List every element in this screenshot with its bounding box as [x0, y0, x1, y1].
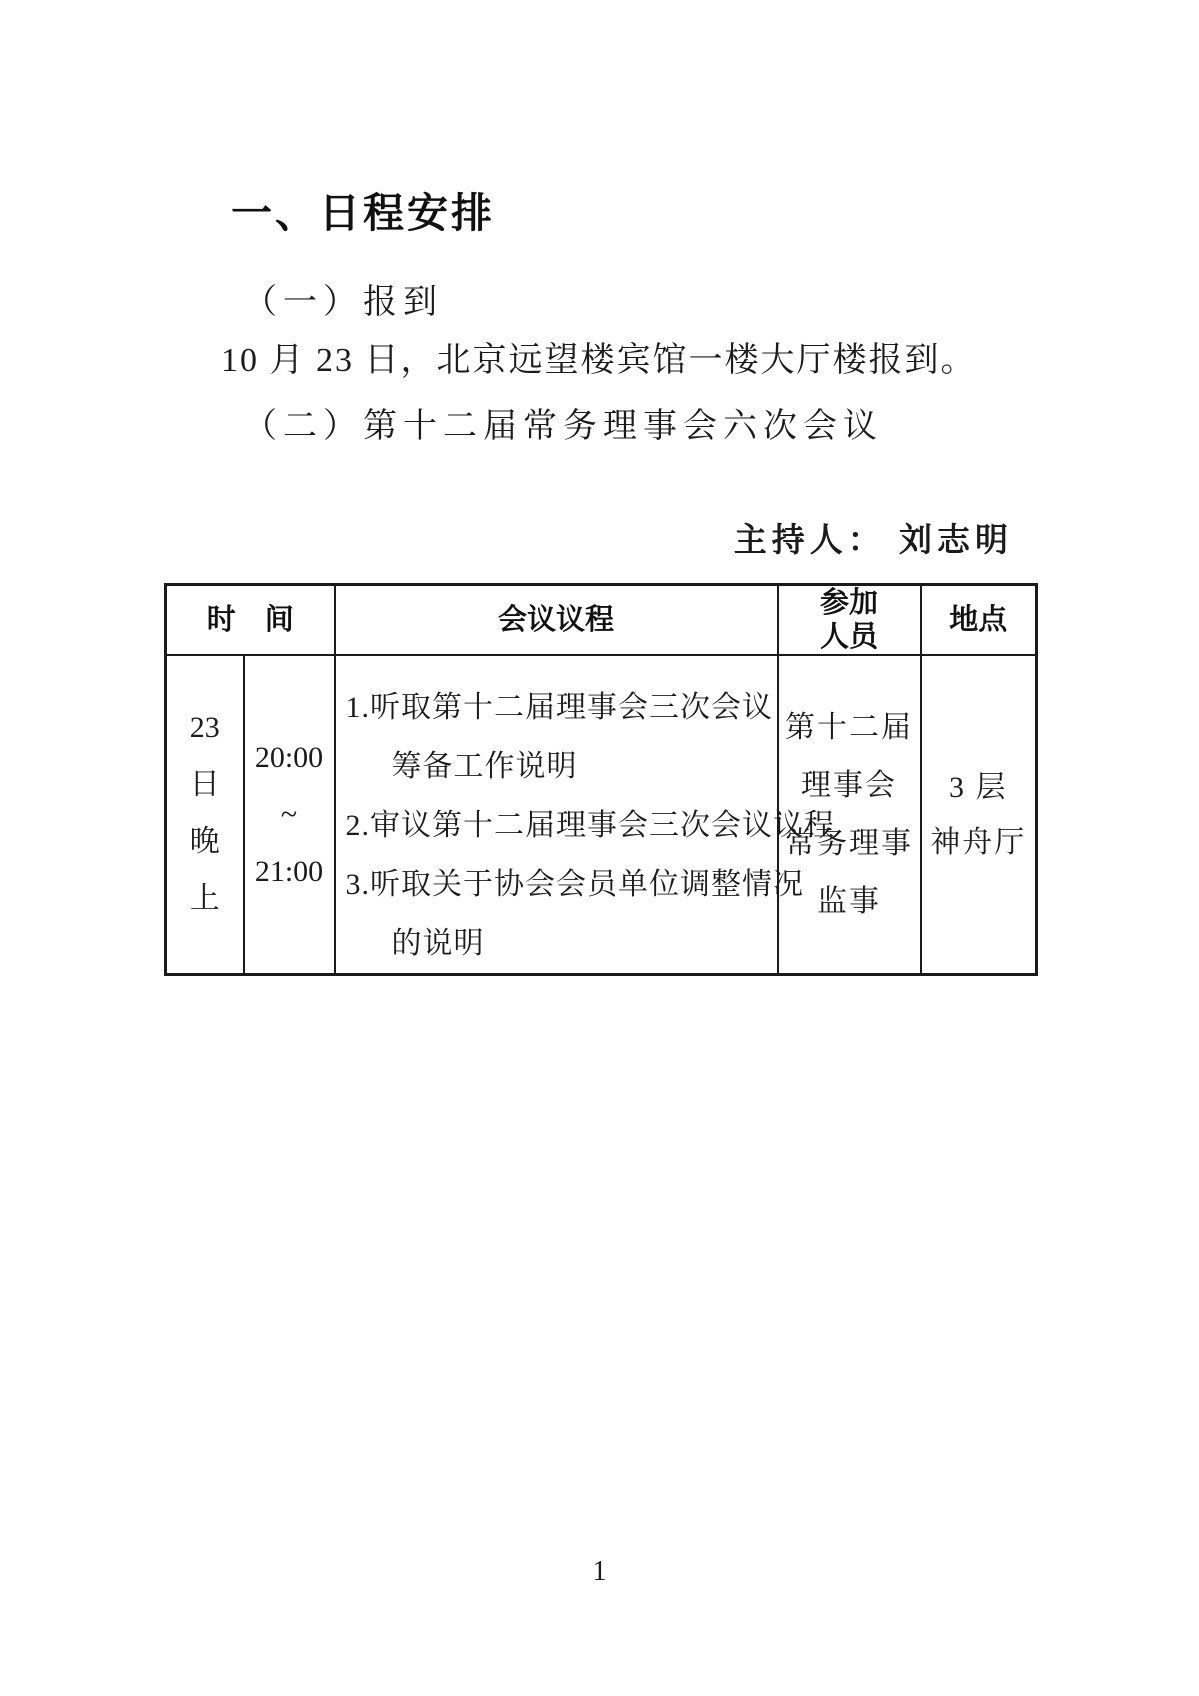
day-line: 上: [190, 870, 220, 927]
hour-line: 21:00: [255, 843, 323, 900]
schedule-table: 时 间 会议议程 参加 人员 地点 23 日 晚 上 20:00 ~: [164, 583, 1038, 976]
header-participants-line2: 人员: [779, 620, 920, 654]
cell-participants: 第十二届 理事会 常务理事 监事: [778, 655, 921, 975]
hour-line: ~: [281, 786, 297, 843]
day-line: 23: [190, 699, 220, 756]
section-2-heading: （二）第十二届常务理事会六次会议: [243, 398, 883, 447]
day-text: 23 日 晚 上: [167, 699, 243, 927]
header-cell-time: 时 间: [166, 585, 335, 656]
host-line: 主持人： 刘志明: [734, 514, 1013, 561]
hours-text: 20:00 ~ 21:00: [245, 729, 334, 900]
cell-location: 3 层 神舟厅: [921, 655, 1037, 975]
participant-line: 常务理事: [785, 815, 913, 873]
section-1-heading: （一）报到: [243, 274, 443, 323]
schedule-header-row: 时 间 会议议程 参加 人员 地点: [166, 585, 1037, 656]
agenda-item: 2.审议第十二届理事会三次会议议程: [346, 796, 769, 855]
document-title: 一、日程安排: [231, 180, 495, 239]
participant-line: 监事: [817, 873, 881, 931]
header-cell-participants: 参加 人员: [778, 585, 921, 656]
section-1-body-text: 10 月 23 日，北京远望楼宾馆一楼大厅楼报到。: [221, 332, 977, 381]
cell-hours: 20:00 ~ 21:00: [244, 655, 335, 975]
header-cell-location: 地点: [921, 585, 1037, 656]
participant-line: 理事会: [801, 757, 897, 815]
day-line: 日: [190, 756, 220, 813]
location-line: 神舟厅: [930, 815, 1026, 870]
day-line: 晚: [190, 813, 220, 870]
page-number: 1: [0, 1556, 1199, 1588]
cell-day: 23 日 晚 上: [166, 655, 244, 975]
cell-agenda: 1.听取第十二届理事会三次会议 筹备工作说明 2.审议第十二届理事会三次会议议程…: [335, 655, 778, 975]
agenda-item-continuation: 的说明: [346, 914, 769, 973]
agenda-item: 1.听取第十二届理事会三次会议: [346, 678, 769, 737]
header-participants-line1: 参加: [779, 586, 920, 620]
agenda-item: 3.听取关于协会会员单位调整情况: [346, 855, 769, 914]
agenda-item-continuation: 筹备工作说明: [346, 737, 769, 796]
schedule-body-row: 23 日 晚 上 20:00 ~ 21:00 1.听取第十二届理事会三次会议 筹…: [166, 655, 1037, 975]
document-page: 一、日程安排 （一）报到 10 月 23 日，北京远望楼宾馆一楼大厅楼报到。 （…: [0, 0, 1199, 1696]
location-text: 3 层 神舟厅: [922, 760, 1036, 870]
participant-line: 第十二届: [785, 699, 913, 757]
hour-line: 20:00: [255, 729, 323, 786]
header-cell-agenda: 会议议程: [335, 585, 778, 656]
location-line: 3 层: [949, 760, 1008, 815]
